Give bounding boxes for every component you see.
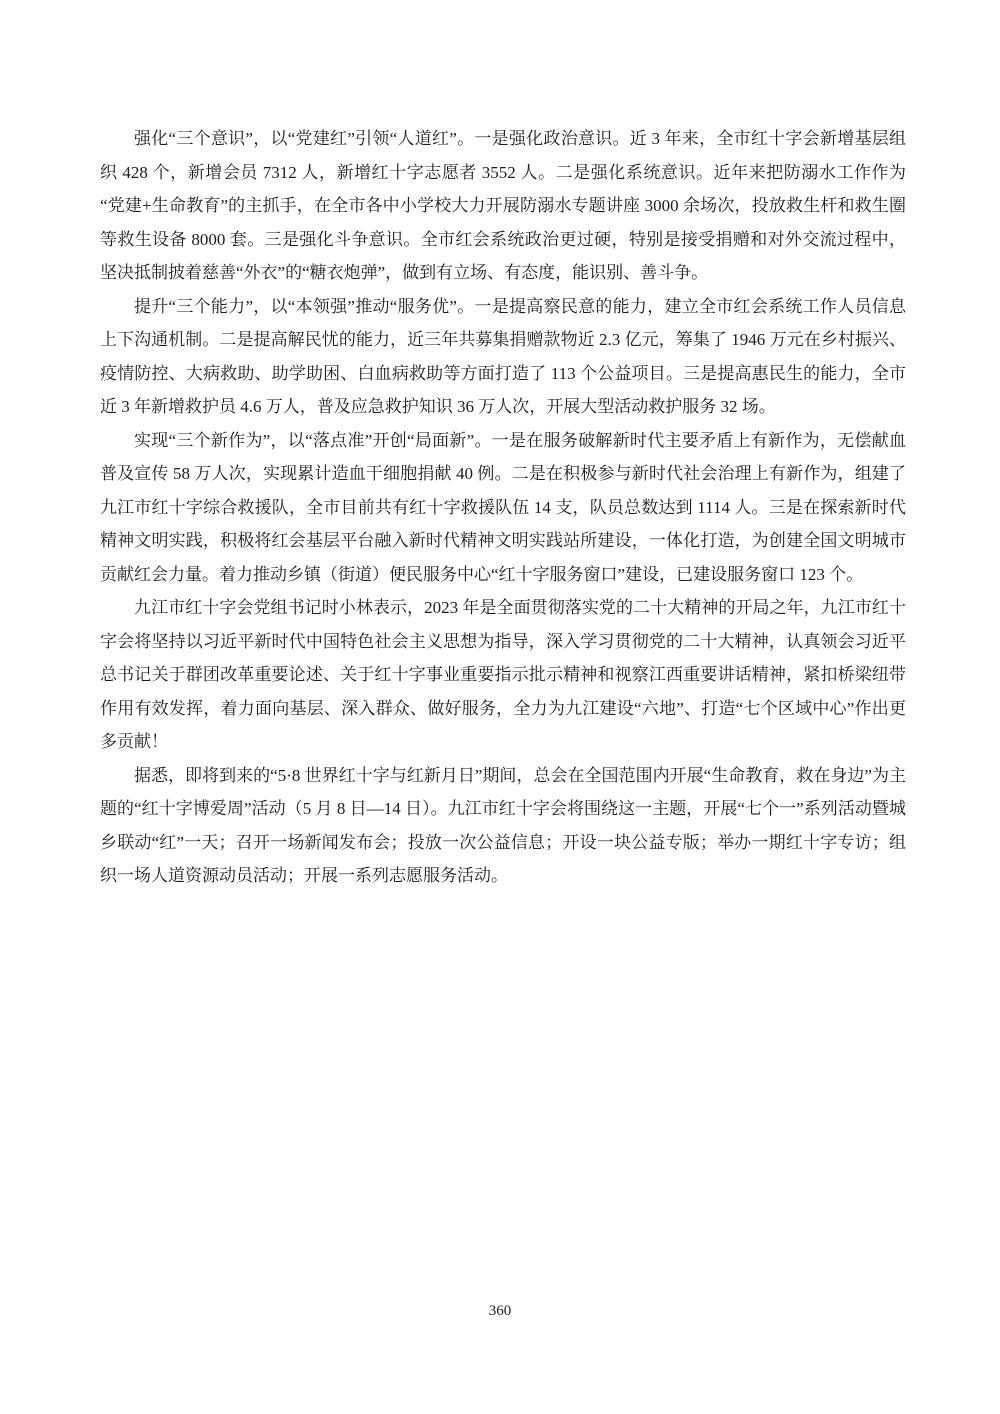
paragraph-1: 强化“三个意识”，以“党建红”引领“人道红”。一是强化政治意识。近 3 年来，全… bbox=[100, 122, 906, 290]
paragraph-4: 九江市红十字会党组书记时小林表示，2023 年是全面贯彻落实党的二十大精神的开局… bbox=[100, 591, 906, 759]
paragraph-2: 提升“三个能力”，以“本领强”推动“服务优”。一是提高察民意的能力，建立全市红会… bbox=[100, 290, 906, 424]
page-number: 360 bbox=[0, 1303, 1000, 1320]
text-block: 强化“三个意识”，以“党建红”引领“人道红”。一是强化政治意识。近 3 年来，全… bbox=[100, 122, 906, 893]
document-page: 强化“三个意识”，以“党建红”引领“人道红”。一是强化政治意识。近 3 年来，全… bbox=[0, 0, 1000, 1414]
paragraph-3: 实现“三个新作为”，以“落点准”开创“局面新”。一是在服务破解新时代主要矛盾上有… bbox=[100, 424, 906, 592]
paragraph-5: 据悉，即将到来的“5·8 世界红十字与红新月日”期间，总会在全国范围内开展“生命… bbox=[100, 759, 906, 893]
